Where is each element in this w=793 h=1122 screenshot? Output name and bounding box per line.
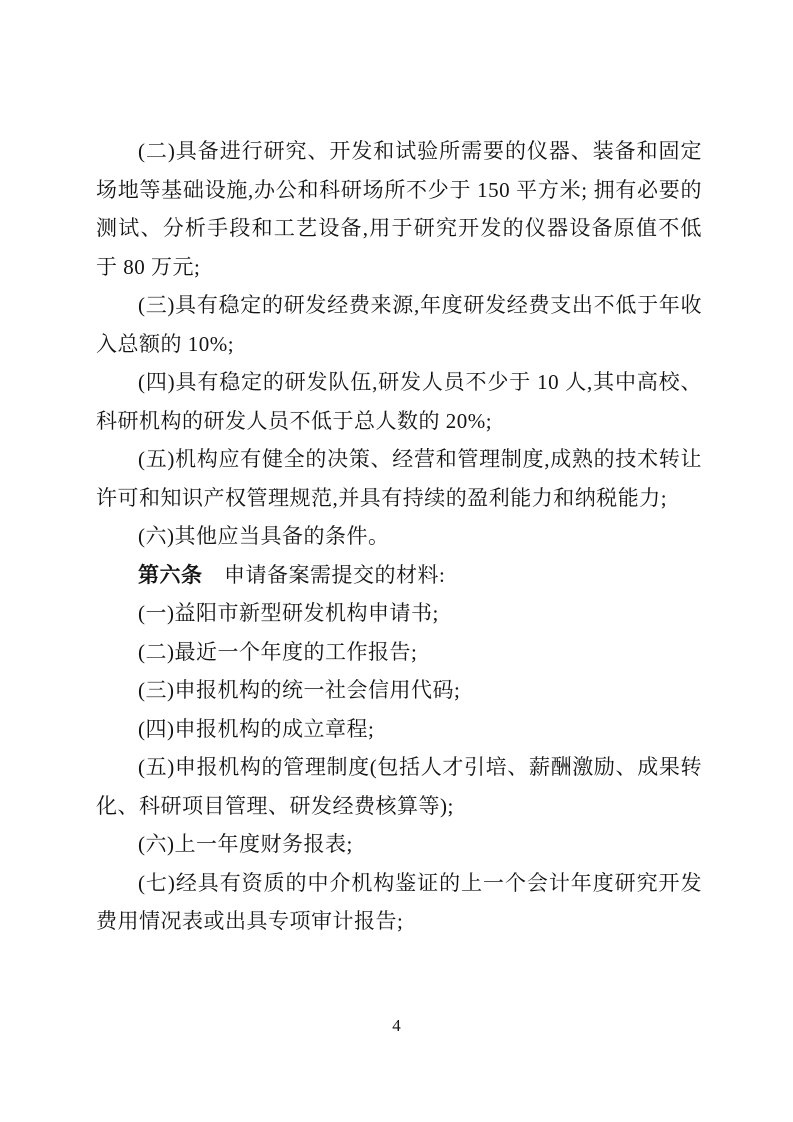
paragraph-clause-5: (五)机构应有健全的决策、经营和管理制度,成熟的技术转让许可和知识产权管理规范,…: [96, 440, 702, 517]
paragraph-material-3: (三)申报机构的统一社会信用代码;: [96, 671, 702, 710]
paragraph-clause-3: (三)具有稳定的研发经费来源,年度研发经费支出不低于年收入总额的 10%;: [96, 286, 702, 363]
paragraph-material-6: (六)上一年度财务报表;: [96, 825, 702, 864]
page-number: 4: [0, 1016, 793, 1036]
paragraph-material-1: (一)益阳市新型研发机构申请书;: [96, 594, 702, 633]
paragraph-material-5: (五)申报机构的管理制度(包括人才引培、薪酬激励、成果转化、科研项目管理、研发经…: [96, 748, 702, 825]
paragraph-material-4: (四)申报机构的成立章程;: [96, 710, 702, 749]
document-page: (二)具备进行研究、开发和试验所需要的仪器、装备和固定场地等基础设施,办公和科研…: [0, 0, 793, 1122]
paragraph-clause-6: (六)其他应当具备的条件。: [96, 517, 702, 556]
article-title: 申请备案需提交的材料:: [224, 563, 445, 587]
article-separator: [203, 563, 225, 587]
paragraph-clause-2: (二)具备进行研究、开发和试验所需要的仪器、装备和固定场地等基础设施,办公和科研…: [96, 132, 702, 286]
paragraph-material-2: (二)最近一个年度的工作报告;: [96, 633, 702, 672]
article-heading: 第六条 申请备案需提交的材料:: [96, 556, 702, 595]
document-body: (二)具备进行研究、开发和试验所需要的仪器、装备和固定场地等基础设施,办公和科研…: [96, 132, 702, 941]
paragraph-material-7: (七)经具有资质的中介机构鉴证的上一个会计年度研究开发费用情况表或出具专项审计报…: [96, 864, 702, 941]
article-number: 第六条: [138, 563, 203, 587]
paragraph-clause-4: (四)具有稳定的研发队伍,研发人员不少于 10 人,其中高校、科研机构的研发人员…: [96, 363, 702, 440]
